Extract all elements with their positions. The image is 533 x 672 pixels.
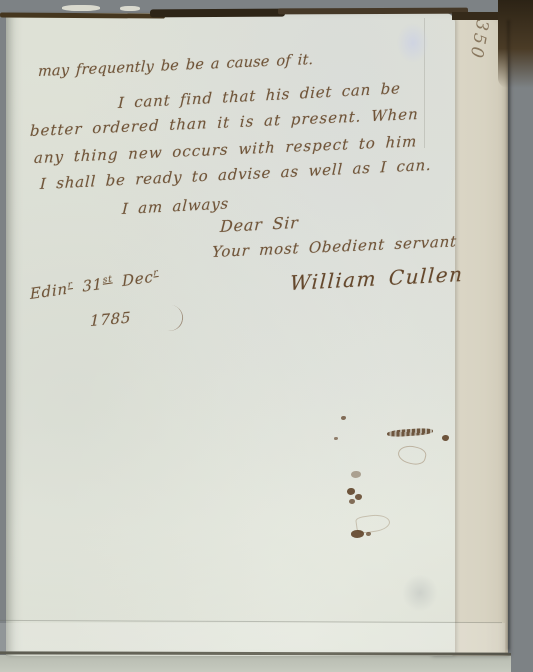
- pages-bottom-edge: [0, 655, 511, 672]
- dateline-day-sup: st: [103, 274, 113, 285]
- fold-highlight: [0, 623, 505, 653]
- torn-top-edge: [150, 9, 285, 18]
- paper-chip: [120, 6, 140, 11]
- torn-top-edge: [278, 8, 468, 15]
- seal-mark: [402, 574, 438, 612]
- folio-number: 350: [465, 18, 492, 62]
- page-edge-shadow: [507, 20, 510, 650]
- binding-corner: [498, 0, 533, 88]
- dateline-day: 31: [82, 275, 103, 296]
- paper-chip: [62, 5, 100, 11]
- manuscript-letter-scan: 350 may frequently be be a cause of it. …: [0, 0, 533, 672]
- dateline-year: 1785: [90, 308, 132, 330]
- seal-mark: [397, 23, 429, 63]
- dateline-month-sup: r: [153, 268, 158, 279]
- dateline-place-sup: r: [68, 280, 73, 291]
